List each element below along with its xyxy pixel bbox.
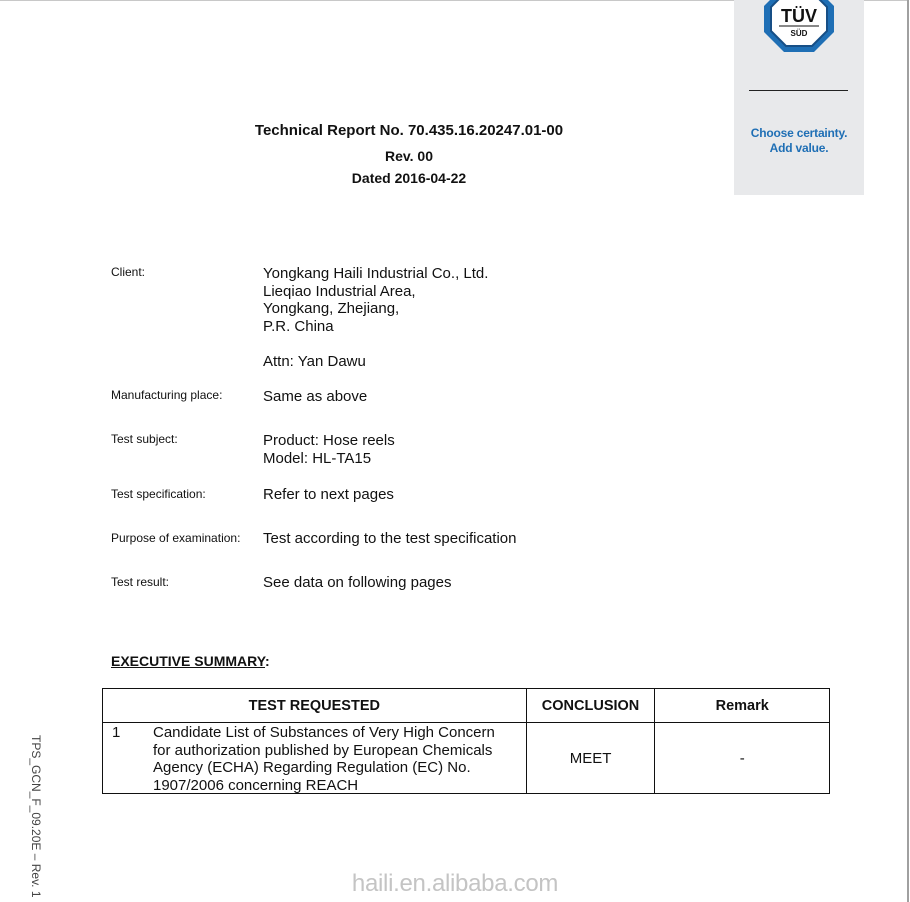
header-test-requested: TEST REQUESTED	[103, 689, 527, 723]
test-subject-label: Test subject:	[111, 432, 178, 446]
report-header: Technical Report No. 70.435.16.20247.01-…	[200, 122, 618, 186]
watermark: haili.en.alibaba.com	[0, 870, 910, 898]
client-attn: Attn: Yan Dawu	[263, 353, 488, 371]
cell-remark: -	[655, 723, 830, 794]
svg-text:SÜD: SÜD	[791, 29, 808, 38]
header-conclusion: CONCLUSION	[526, 689, 655, 723]
row-description: Candidate List of Substances of Very Hig…	[153, 724, 523, 794]
test-result-value: See data on following pages	[263, 574, 451, 592]
client-line: P.R. China	[263, 318, 488, 336]
test-subject-product: Product: Hose reels	[263, 432, 395, 450]
executive-summary-title: EXECUTIVE SUMMARY	[111, 653, 265, 669]
brand-divider	[749, 90, 848, 91]
brand-panel: TÜV SÜD Choose certainty. Add value.	[734, 0, 864, 195]
purpose-label: Purpose of examination:	[111, 531, 240, 545]
report-revision: Rev. 00	[200, 148, 618, 164]
test-result-label: Test result:	[111, 575, 169, 589]
client-value: Yongkang Haili Industrial Co., Ltd. Lieq…	[263, 265, 488, 371]
manufacturing-place-value: Same as above	[263, 388, 367, 406]
client-line: Yongkang, Zhejiang,	[263, 300, 488, 318]
cell-conclusion: MEET	[526, 723, 655, 794]
manufacturing-place-label: Manufacturing place:	[111, 388, 222, 402]
brand-tagline: Choose certainty. Add value.	[734, 126, 864, 156]
report-title: Technical Report No. 70.435.16.20247.01-…	[200, 122, 618, 140]
row-number: 1	[112, 724, 120, 741]
purpose-value: Test according to the test specification	[263, 530, 516, 548]
client-label: Client:	[111, 265, 145, 279]
client-line: Lieqiao Industrial Area,	[263, 283, 488, 301]
table-header-row: TEST REQUESTED CONCLUSION Remark	[103, 689, 830, 723]
test-specification-label: Test specification:	[111, 487, 206, 501]
table-row: 1 Candidate List of Substances of Very H…	[103, 723, 830, 794]
tuv-sud-logo-icon: TÜV SÜD	[764, 0, 834, 52]
test-specification-value: Refer to next pages	[263, 486, 394, 504]
cell-test-requested: 1 Candidate List of Substances of Very H…	[103, 723, 527, 794]
executive-summary-table: TEST REQUESTED CONCLUSION Remark 1 Candi…	[102, 688, 830, 794]
page-right-border	[907, 0, 909, 902]
header-remark: Remark	[655, 689, 830, 723]
test-subject-value: Product: Hose reels Model: HL-TA15	[263, 432, 395, 467]
report-date: Dated 2016-04-22	[200, 170, 618, 186]
executive-summary-heading: EXECUTIVE SUMMARY:	[111, 653, 270, 669]
tagline-line-2: Add value.	[734, 141, 864, 156]
client-line: Yongkang Haili Industrial Co., Ltd.	[263, 265, 488, 283]
svg-text:TÜV: TÜV	[781, 6, 817, 26]
test-subject-model: Model: HL-TA15	[263, 450, 395, 468]
tagline-line-1: Choose certainty.	[734, 126, 864, 141]
